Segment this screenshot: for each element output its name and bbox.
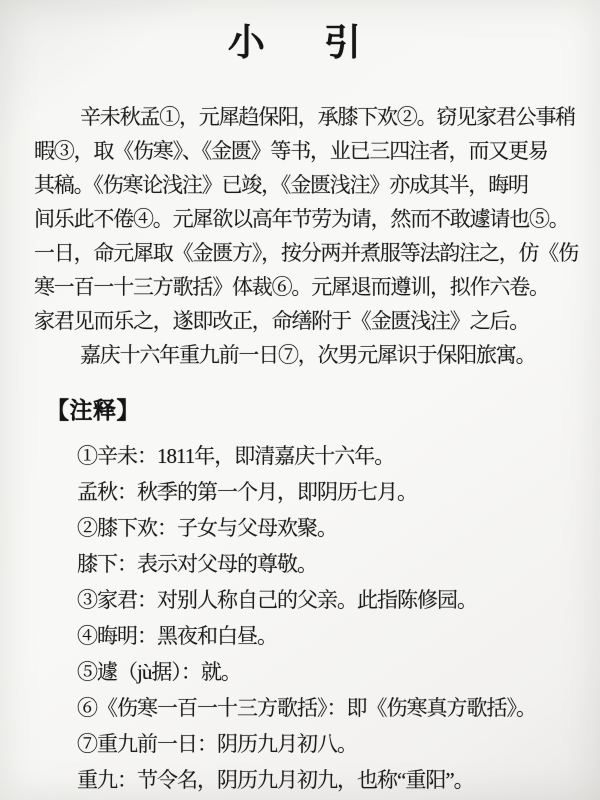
body-line: 一日，命元犀取《金匮方》，按分两并煮服等法韵注之，仿《伤 [34,236,570,270]
note-item: ②膝下欢：子女与父母欢聚。 [77,510,580,546]
note-item: 孟秋：秋季的第一个月，即阴历七月。 [77,474,580,510]
note-item: ⑥《伤寒一百一十三方歌括》：即《伤寒真方歌括》。 [77,690,580,726]
body-line: 家君见而乐之，遂即改正，命缮附于《金匮浅注》之后。 [34,304,570,338]
body-line: 其稿。《伤寒论浅注》已竣，《金匮浅注》亦成其半，晦明 [34,168,570,202]
note-item: 重九：节令名，阴历九月初九，也称“重阳”。 [77,762,580,798]
preface-body: 辛未秋孟①，元犀趋保阳，承膝下欢②。窃见家君公事稍 暇③，取《伤寒》、《金匮》等… [34,100,570,372]
note-item: 膝下：表示对父母的尊敬。 [77,546,580,582]
body-line: 嘉庆十六年重九前一日⑦，次男元犀识于保阳旅寓。 [34,338,570,372]
note-item: ⑤遽（jù据）：就。 [77,654,580,690]
notes-list: ①辛未：1811年，即清嘉庆十六年。 孟秋：秋季的第一个月，即阴历七月。 ②膝下… [77,438,580,798]
note-item: ③家君：对别人称自己的父亲。此指陈修园。 [77,582,580,618]
body-line: 寒一百一十三方歌括》体裁⑥。元犀退而遵训，拟作六卷。 [34,270,570,304]
note-item: ⑦重九前一日：阴历九月初八。 [77,726,580,762]
notes-header: 【注释】 [46,398,600,424]
note-item: ④晦明：黑夜和白昼。 [77,618,580,654]
page-title: 小 引 [0,0,600,66]
scanned-book-page: 小 引 辛未秋孟①，元犀趋保阳，承膝下欢②。窃见家君公事稍 暇③，取《伤寒》、《… [0,0,600,800]
body-line: 暇③，取《伤寒》、《金匮》等书，业已三四注者，而又更易 [34,134,570,168]
body-line: 辛未秋孟①，元犀趋保阳，承膝下欢②。窃见家君公事稍 [34,100,570,134]
note-item: ①辛未：1811年，即清嘉庆十六年。 [77,438,580,474]
body-line: 间乐此不倦④。元犀欲以高年节劳为请，然而不敢遽请也⑤。 [34,202,570,236]
